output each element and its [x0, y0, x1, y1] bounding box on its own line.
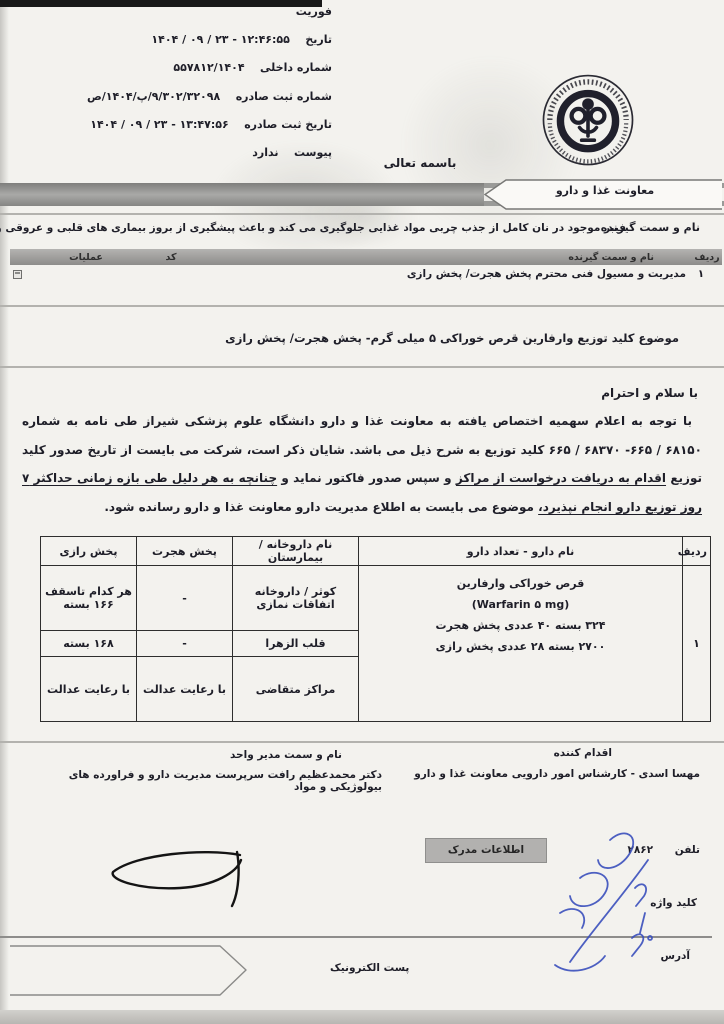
recipient-table-header: ردیف نام و سمت گیرنده کد عملیات — [10, 249, 722, 265]
drug-name-cell: قرص خوراکی وارفارین (Warfarin ۵ mg) ۳۲۴ … — [359, 566, 683, 722]
basmala: باسمه تعالی — [350, 156, 490, 170]
column-header-recipient-label: نام و سمت گیرنده — [202, 252, 692, 263]
column-header-recipient: نام و سمت گیرنده — [202, 252, 692, 263]
manager-signature-ink — [95, 840, 265, 920]
field-label: پیوست — [294, 146, 332, 159]
recipient-row-index: ۱ — [686, 268, 716, 280]
unit-manager-name: دکتر محمدعظیم رافت سرپرست مدیریت دارو و … — [50, 769, 382, 793]
field-value: ندارد — [252, 146, 278, 159]
field-value: ۱۲:۴۶:۵۵ - ۲۳ / ۰۹ / ۱۴۰۴ — [151, 33, 289, 46]
column-header-actions: عملیات — [32, 252, 140, 263]
scanned-letter: فوریت تاریخ ۱۲:۴۶:۵۵ - ۲۳ / ۰۹ / ۱۴۰۴ شم… — [0, 0, 724, 1024]
row-action-icon[interactable] — [13, 270, 22, 279]
field-value: ۵۵۷۸۱۲/۱۴۰۴ — [173, 61, 244, 74]
table-row: ۱ قرص خوراکی وارفارین (Warfarin ۵ mg) ۳۲… — [41, 566, 711, 631]
field-label: شماره داخلی — [260, 61, 332, 74]
col-header-pharmacy: نام داروخانه / بیمارستان — [233, 537, 359, 566]
pharmacy-cell: مراکز متقاضی — [233, 657, 359, 722]
phone-label: تلفن — [675, 844, 700, 856]
field-label: تاریخ — [305, 33, 332, 46]
pharmacy-cell: کوثر / داروخانه اتفاقات نمازی — [233, 566, 359, 631]
razi-cell: ۱۶۸ بسته — [41, 631, 137, 657]
field-attachment: پیوست ندارد — [87, 146, 332, 174]
action-taker-block: اقدام کننده مهسا اسدی - کارشناس امور دار… — [380, 747, 700, 780]
department-banner-title: معاونت غذا و دارو — [500, 184, 710, 197]
col-header-hejrat: پخش هجرت — [137, 537, 233, 566]
drug-line: ۲۷۰۰ بسته ۲۸ عددی پخش رازی — [362, 636, 679, 657]
pharmacy-cell: قلب الزهرا — [233, 631, 359, 657]
col-header-row-number: ردیف — [683, 537, 711, 566]
footer-ribbon-outline — [0, 940, 260, 1002]
drug-line: ۳۲۴ بسته ۴۰ عددی پخش هجرت — [362, 615, 679, 636]
col-header-razi: پخش رازی — [41, 537, 137, 566]
unit-manager-label: نام و سمت مدیر واحد — [50, 749, 342, 761]
scan-edge-left — [0, 0, 9, 1024]
divider — [0, 741, 724, 743]
action-taker-label: اقدام کننده — [380, 747, 612, 759]
health-slogan: فیبر موجود در نان کامل از جذب چربی مواد … — [18, 222, 626, 234]
scan-edge-bottom — [0, 1010, 724, 1024]
column-header-code: کد — [140, 252, 202, 263]
field-label: تاریخ ثبت صادره — [244, 118, 332, 131]
field-value: ۱۳:۴۷:۵۶ - ۲۳ / ۰۹ / ۱۴۰۴ — [90, 118, 228, 131]
razi-cell: با رعایت عدالت — [41, 657, 137, 722]
field-internal-number: شماره داخلی ۵۵۷۸۱۲/۱۴۰۴ — [87, 61, 332, 89]
subject-line: موضوع کلید توزیع وارفارین قرص خوراکی ۵ م… — [225, 331, 679, 345]
recipient-row-name: مدیریت و مسیول فنی محترم پخش هجرت/ پخش ر… — [407, 268, 686, 280]
razi-cell: هر کدام تاسقف ۱۶۶ بسته — [41, 566, 137, 631]
body-segment: موضوع می بایست به اطلاع مدیریت دارو معاو… — [104, 500, 538, 514]
field-urgency: فوریت — [87, 5, 332, 33]
hejrat-cell: با رعایت عدالت — [137, 657, 233, 722]
field-date: تاریخ ۱۲:۴۶:۵۵ - ۲۳ / ۰۹ / ۱۴۰۴ — [87, 33, 332, 61]
email-label: پست الکترونیک — [330, 962, 409, 974]
field-label: فوریت — [296, 5, 332, 18]
hejrat-cell: - — [137, 566, 233, 631]
column-header-row: ردیف — [692, 252, 722, 263]
action-taker-name: مهسا اسدی - کارشناس امور دارویی معاونت غ… — [380, 768, 700, 780]
hejrat-cell: - — [137, 631, 233, 657]
letter-body: با توجه به اعلام سهمیه اختصاص یافته به م… — [22, 407, 702, 521]
drug-table-header-row: ردیف نام دارو - تعداد دارو نام داروخانه … — [41, 537, 711, 566]
body-segment-underlined: اقدام به دریافت درخواست از مراکز — [456, 471, 666, 485]
divider — [0, 305, 724, 307]
handwritten-blue-note — [460, 818, 670, 983]
body-segment: و سپس صدور فاکتور نماید و — [277, 471, 456, 485]
drug-line-latin: (Warfarin ۵ mg) — [362, 594, 679, 615]
divider — [0, 213, 724, 215]
university-seal-logo — [534, 66, 642, 172]
row-number-cell: ۱ — [683, 566, 711, 722]
greeting-line: با سلام و احترام — [601, 386, 698, 400]
drug-distribution-table: ردیف نام دارو - تعداد دارو نام داروخانه … — [40, 536, 711, 722]
unit-manager-block: نام و سمت مدیر واحد دکتر محمدعظیم رافت س… — [50, 749, 382, 793]
col-header-drug: نام دارو - تعداد دارو — [359, 537, 683, 566]
field-outgoing-number: شماره ثبت صادره ۹/۳۰۲/۳۲۰۹۸/پ/۱۴۰۴/ص — [87, 90, 332, 118]
field-outgoing-date: تاریخ ثبت صادره ۱۳:۴۷:۵۶ - ۲۳ / ۰۹ / ۱۴۰… — [87, 118, 332, 146]
drug-line: قرص خوراکی وارفارین — [362, 573, 679, 594]
letter-header-fields: فوریت تاریخ ۱۲:۴۶:۵۵ - ۲۳ / ۰۹ / ۱۴۰۴ شم… — [87, 5, 332, 174]
divider — [0, 366, 724, 368]
field-label: شماره ثبت صادره — [236, 90, 332, 103]
field-value: ۹/۳۰۲/۳۲۰۹۸/پ/۱۴۰۴/ص — [87, 90, 220, 103]
